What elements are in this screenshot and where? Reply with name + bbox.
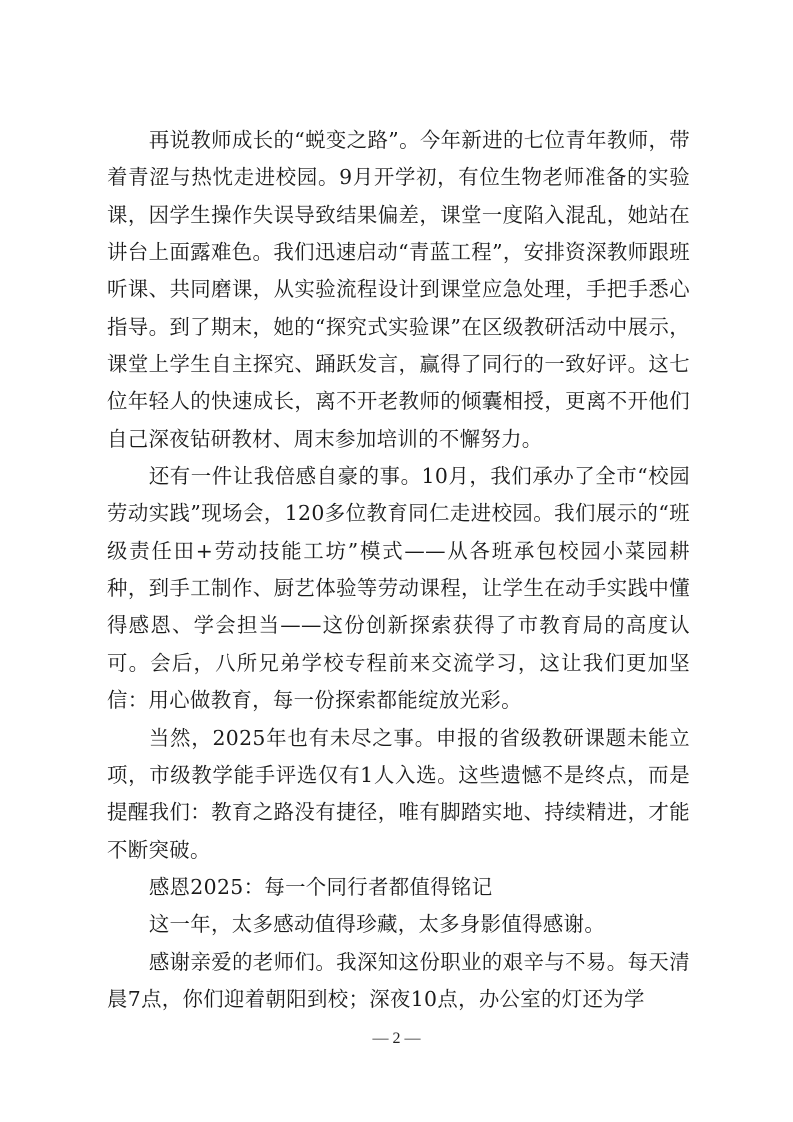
- paragraph-thanks-teachers: 感谢亲爱的老师们。我深知这份职业的艰辛与不易。每天清晨7点，你们迎着朝阳到校；深…: [107, 944, 690, 1019]
- section-heading-gratitude: 感恩2025：每一个同行者都值得铭记: [107, 869, 690, 906]
- paragraph-gratitude-intro: 这一年，太多感动值得珍藏，太多身影值得感谢。: [107, 906, 690, 943]
- paragraph-regrets: 当然，2025年也有未尽之事。申报的省级教研课题未能立项，市级教学能手评选仅有1…: [107, 720, 690, 869]
- document-page: 再说教师成长的“蜕变之路”。今年新进的七位青年教师，带着青涩与热忱走进校园。9月…: [0, 0, 793, 1122]
- paragraph-teacher-growth: 再说教师成长的“蜕变之路”。今年新进的七位青年教师，带着青涩与热忱走进校园。9月…: [107, 122, 690, 458]
- document-body: 再说教师成长的“蜕变之路”。今年新进的七位青年教师，带着青涩与热忱走进校园。9月…: [107, 122, 690, 1018]
- paragraph-labor-practice-meeting: 还有一件让我倍感自豪的事。10月，我们承办了全市“校园劳动实践”现场会，120多…: [107, 458, 690, 719]
- page-number: — 2 —: [0, 1030, 793, 1048]
